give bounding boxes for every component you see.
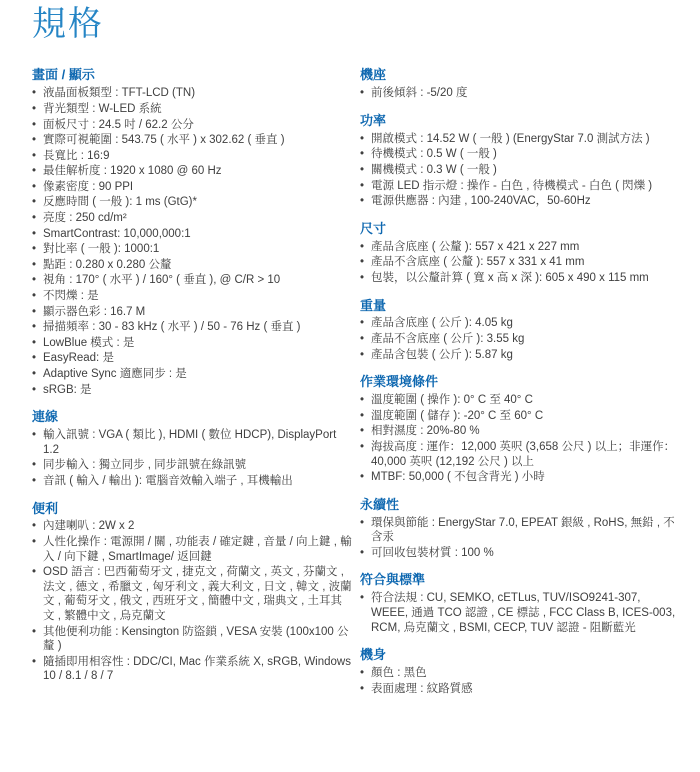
spec-section: 重量•產品含底座 ( 公斤 ): 4.05 kg•產品不含底座 ( 公斤 ): … (360, 299, 680, 363)
spec-item: •產品不含底座 ( 公釐 ): 557 x 331 x 41 mm (360, 255, 680, 270)
spec-item-text: 表面處理 : 紋路質感 (371, 683, 473, 695)
spec-item: •對比率 ( 一般 ): 1000:1 (32, 242, 352, 257)
bullet-icon: • (360, 240, 364, 255)
spec-list: •開啟模式 : 14.52 W ( 一般 ) (EnergyStar 7.0 測… (360, 132, 680, 209)
bullet-icon: • (360, 147, 364, 162)
spec-item: •點距 : 0.280 x 0.280 公釐 (32, 258, 352, 273)
spec-item-text: 點距 : 0.280 x 0.280 公釐 (43, 259, 171, 271)
spec-item-text: 產品含底座 ( 公釐 ): 557 x 421 x 227 mm (371, 241, 579, 253)
spec-section: 符合與標準•符合法規 : CU, SEMKO, cETLus, TUV/ISO9… (360, 573, 680, 635)
bullet-icon: • (32, 351, 36, 366)
bullet-icon: • (360, 393, 364, 408)
spec-item-text: 顏色 : 黑色 (371, 667, 427, 679)
spec-item: •可回收包裝材質 : 100 % (360, 546, 680, 561)
bullet-icon: • (32, 519, 36, 534)
spec-item-text: 其他便利功能 : Kensington 防盜鎖 , VESA 安裝 (100x1… (43, 626, 349, 653)
spec-item: •溫度範圍 ( 儲存 ): -20° C 至 60° C (360, 409, 680, 424)
spec-item-text: 產品含底座 ( 公斤 ): 4.05 kg (371, 317, 513, 329)
bullet-icon: • (32, 195, 36, 210)
spec-section: 畫面 / 顯示•液晶面板類型 : TFT-LCD (TN)•背光類型 : W-L… (32, 68, 352, 397)
spec-list: •輸入訊號 : VGA ( 類比 ), HDMI ( 數位 HDCP), Dis… (32, 428, 352, 488)
spec-item: •人性化操作 : 電源開 / 關 , 功能表 / 確定鍵 , 音量 / 向上鍵 … (32, 535, 352, 564)
spec-section: 功率•開啟模式 : 14.52 W ( 一般 ) (EnergyStar 7.0… (360, 114, 680, 209)
left-column: 畫面 / 顯示•液晶面板類型 : TFT-LCD (TN)•背光類型 : W-L… (32, 68, 352, 697)
spec-item-text: 可回收包裝材質 : 100 % (371, 547, 494, 559)
bullet-icon: • (32, 102, 36, 117)
spec-section: 便利•內建喇叭 : 2W x 2•人性化操作 : 電源開 / 關 , 功能表 /… (32, 502, 352, 684)
section-heading: 便利 (32, 502, 352, 517)
bullet-icon: • (32, 655, 36, 670)
spec-item-text: 長寬比 : 16:9 (43, 150, 109, 162)
spec-item: •OSD 語言 : 巴西葡萄牙文 , 捷克文 , 荷蘭文 , 英文 , 芬蘭文 … (32, 565, 352, 623)
spec-item: •視角 : 170° ( 水平 ) / 160° ( 垂直 ), @ C/R >… (32, 273, 352, 288)
spec-item-text: 待機模式 : 0.5 W ( 一般 ) (371, 148, 497, 160)
bullet-icon: • (32, 289, 36, 304)
bullet-icon: • (32, 211, 36, 226)
spec-item-text: 海拔高度 : 運作：12,000 英呎 (3,658 公尺 ) 以上；非運作：4… (371, 441, 675, 468)
spec-item: •長寬比 : 16:9 (32, 149, 352, 164)
spec-item-text: 音訊 ( 輸入 / 輸出 ): 電腦音效輸入端子 , 耳機輸出 (43, 475, 293, 487)
spec-item-text: 背光類型 : W-LED 系統 (43, 103, 162, 115)
spec-item-text: 實際可視範圍 : 543.75 ( 水平 ) x 302.62 ( 垂直 ) (43, 134, 285, 146)
spec-list: •產品含底座 ( 公斤 ): 4.05 kg•產品不含底座 ( 公斤 ): 3.… (360, 316, 680, 362)
bullet-icon: • (360, 255, 364, 270)
spec-item-text: 輸入訊號 : VGA ( 類比 ), HDMI ( 數位 HDCP), Disp… (43, 429, 336, 456)
bullet-icon: • (32, 336, 36, 351)
bullet-icon: • (32, 625, 36, 640)
spec-list: •符合法規 : CU, SEMKO, cETLus, TUV/ISO9241-3… (360, 591, 680, 635)
spec-item: •液晶面板類型 : TFT-LCD (TN) (32, 86, 352, 101)
section-heading: 機身 (360, 648, 680, 663)
bullet-icon: • (360, 163, 364, 178)
spec-item-text: 面板尺寸 : 24.5 吋 / 62.2 公分 (43, 119, 194, 131)
bullet-icon: • (32, 86, 36, 101)
section-heading: 作業環境條件 (360, 375, 680, 390)
spec-item: •像素密度 : 90 PPI (32, 180, 352, 195)
spec-section: 機座•前後傾斜 : -5/20 度 (360, 68, 680, 101)
spec-item-text: 內建喇叭 : 2W x 2 (43, 520, 134, 532)
spec-item-text: 掃描頻率 : 30 - 83 kHz ( 水平 ) / 50 - 76 Hz (… (43, 321, 301, 333)
bullet-icon: • (32, 258, 36, 273)
section-heading: 連線 (32, 410, 352, 425)
spec-item-text: Adaptive Sync 適應同步 : 是 (43, 368, 187, 380)
spec-item-text: 最佳解析度 : 1920 x 1080 @ 60 Hz (43, 165, 222, 177)
spec-page: 規格 畫面 / 顯示•液晶面板類型 : TFT-LCD (TN)•背光類型 : … (0, 0, 700, 772)
bullet-icon: • (360, 470, 364, 485)
spec-item: •電源供應器 : 內建 , 100-240VAC，50-60Hz (360, 194, 680, 209)
spec-item: •隨插即用相容性 : DDC/CI, Mac 作業系統 X, sRGB, Win… (32, 655, 352, 684)
section-heading: 功率 (360, 114, 680, 129)
bullet-icon: • (32, 242, 36, 257)
spec-item-text: 隨插即用相容性 : DDC/CI, Mac 作業系統 X, sRGB, Wind… (43, 656, 351, 683)
bullet-icon: • (360, 316, 364, 331)
spec-item: •溫度範圍 ( 操作 ): 0° C 至 40° C (360, 393, 680, 408)
spec-columns: 畫面 / 顯示•液晶面板類型 : TFT-LCD (TN)•背光類型 : W-L… (32, 68, 680, 709)
spec-item: •內建喇叭 : 2W x 2 (32, 519, 352, 534)
spec-item-text: 溫度範圍 ( 儲存 ): -20° C 至 60° C (371, 410, 543, 422)
spec-item: •反應時間 ( 一般 ): 1 ms (GtG)* (32, 195, 352, 210)
bullet-icon: • (32, 535, 36, 550)
spec-item-text: 液晶面板類型 : TFT-LCD (TN) (43, 87, 195, 99)
spec-item: •亮度 : 250 cd/m² (32, 211, 352, 226)
spec-item: •產品含包裝 ( 公斤 ): 5.87 kg (360, 348, 680, 363)
spec-item: •產品含底座 ( 公斤 ): 4.05 kg (360, 316, 680, 331)
bullet-icon: • (32, 428, 36, 443)
spec-item: •產品含底座 ( 公釐 ): 557 x 421 x 227 mm (360, 240, 680, 255)
spec-item: •Adaptive Sync 適應同步 : 是 (32, 367, 352, 382)
spec-item: •SmartContrast: 10,000,000:1 (32, 227, 352, 242)
spec-item-text: 相對濕度 : 20%-80 % (371, 425, 480, 437)
section-heading: 永續性 (360, 498, 680, 513)
bullet-icon: • (32, 320, 36, 335)
bullet-icon: • (32, 383, 36, 398)
bullet-icon: • (360, 666, 364, 681)
spec-section: 連線•輸入訊號 : VGA ( 類比 ), HDMI ( 數位 HDCP), D… (32, 410, 352, 488)
section-heading: 尺寸 (360, 222, 680, 237)
spec-item-text: 產品不含底座 ( 公釐 ): 557 x 331 x 41 mm (371, 256, 584, 268)
bullet-icon: • (32, 565, 36, 580)
spec-item: •sRGB: 是 (32, 383, 352, 398)
bullet-icon: • (360, 332, 364, 347)
bullet-icon: • (32, 367, 36, 382)
spec-item: •關機模式 : 0.3 W ( 一般 ) (360, 163, 680, 178)
bullet-icon: • (360, 348, 364, 363)
spec-item: •實際可視範圍 : 543.75 ( 水平 ) x 302.62 ( 垂直 ) (32, 133, 352, 148)
spec-item-text: 不閃爍 : 是 (43, 290, 99, 302)
spec-section: 永續性•環保與節能 : EnergyStar 7.0, EPEAT 銀級 , R… (360, 498, 680, 561)
spec-item: •最佳解析度 : 1920 x 1080 @ 60 Hz (32, 164, 352, 179)
bullet-icon: • (32, 133, 36, 148)
spec-item: •掃描頻率 : 30 - 83 kHz ( 水平 ) / 50 - 76 Hz … (32, 320, 352, 335)
bullet-icon: • (360, 591, 364, 606)
spec-item: •包裝，以公釐計算 ( 寬 x 高 x 深 ): 605 x 490 x 115… (360, 271, 680, 286)
bullet-icon: • (32, 458, 36, 473)
spec-item-text: OSD 語言 : 巴西葡萄牙文 , 捷克文 , 荷蘭文 , 英文 , 芬蘭文 ,… (43, 566, 352, 622)
spec-item: •其他便利功能 : Kensington 防盜鎖 , VESA 安裝 (100x… (32, 625, 352, 654)
spec-list: •內建喇叭 : 2W x 2•人性化操作 : 電源開 / 關 , 功能表 / 確… (32, 519, 352, 684)
spec-item-text: SmartContrast: 10,000,000:1 (43, 228, 191, 240)
spec-item-text: 電源供應器 : 內建 , 100-240VAC，50-60Hz (371, 195, 591, 207)
spec-section: 作業環境條件•溫度範圍 ( 操作 ): 0° C 至 40° C•溫度範圍 ( … (360, 375, 680, 485)
spec-item-text: 開啟模式 : 14.52 W ( 一般 ) (EnergyStar 7.0 測試… (371, 133, 650, 145)
bullet-icon: • (32, 149, 36, 164)
spec-list: •液晶面板類型 : TFT-LCD (TN)•背光類型 : W-LED 系統•面… (32, 86, 352, 397)
spec-item: •前後傾斜 : -5/20 度 (360, 86, 680, 101)
bullet-icon: • (360, 132, 364, 147)
spec-item-text: sRGB: 是 (43, 384, 92, 396)
bullet-icon: • (32, 474, 36, 489)
spec-item-text: 同步輸入 : 獨立同步 , 同步訊號在綠訊號 (43, 459, 246, 471)
spec-item: •輸入訊號 : VGA ( 類比 ), HDMI ( 數位 HDCP), Dis… (32, 428, 352, 457)
spec-list: •前後傾斜 : -5/20 度 (360, 86, 680, 101)
spec-item-text: EasyRead: 是 (43, 352, 114, 364)
bullet-icon: • (360, 179, 364, 194)
spec-item: •產品不含底座 ( 公斤 ): 3.55 kg (360, 332, 680, 347)
bullet-icon: • (32, 273, 36, 288)
bullet-icon: • (360, 440, 364, 455)
spec-item: •不閃爍 : 是 (32, 289, 352, 304)
spec-item-text: 產品不含底座 ( 公斤 ): 3.55 kg (371, 333, 524, 345)
spec-item-text: 前後傾斜 : -5/20 度 (371, 87, 468, 99)
spec-item: •LowBlue 模式 : 是 (32, 336, 352, 351)
bullet-icon: • (360, 546, 364, 561)
spec-list: •產品含底座 ( 公釐 ): 557 x 421 x 227 mm•產品不含底座… (360, 240, 680, 286)
spec-item-text: 對比率 ( 一般 ): 1000:1 (43, 243, 159, 255)
bullet-icon: • (360, 194, 364, 209)
bullet-icon: • (32, 305, 36, 320)
spec-item: •面板尺寸 : 24.5 吋 / 62.2 公分 (32, 118, 352, 133)
right-column: 機座•前後傾斜 : -5/20 度功率•開啟模式 : 14.52 W ( 一般 … (360, 68, 680, 709)
section-heading: 機座 (360, 68, 680, 83)
spec-item: •MTBF: 50,000 ( 不包含背光 ) 小時 (360, 470, 680, 485)
bullet-icon: • (360, 424, 364, 439)
spec-item: •音訊 ( 輸入 / 輸出 ): 電腦音效輸入端子 , 耳機輸出 (32, 474, 352, 489)
spec-item-text: 像素密度 : 90 PPI (43, 181, 133, 193)
spec-list: •環保與節能 : EnergyStar 7.0, EPEAT 銀級 , RoHS… (360, 516, 680, 561)
spec-item-text: 產品含包裝 ( 公斤 ): 5.87 kg (371, 349, 513, 361)
spec-item: •顯示器色彩 : 16.7 M (32, 305, 352, 320)
bullet-icon: • (32, 118, 36, 133)
spec-item-text: MTBF: 50,000 ( 不包含背光 ) 小時 (371, 471, 545, 483)
spec-item: •電源 LED 指示燈 : 操作 - 白色 , 待機模式 - 白色 ( 閃爍 ) (360, 179, 680, 194)
section-heading: 畫面 / 顯示 (32, 68, 352, 83)
spec-item-text: 亮度 : 250 cd/m² (43, 212, 127, 224)
spec-item: •待機模式 : 0.5 W ( 一般 ) (360, 147, 680, 162)
spec-section: 機身•顏色 : 黑色•表面處理 : 紋路質感 (360, 648, 680, 696)
spec-item-text: 視角 : 170° ( 水平 ) / 160° ( 垂直 ), @ C/R > … (43, 274, 280, 286)
bullet-icon: • (32, 164, 36, 179)
spec-item-text: 人性化操作 : 電源開 / 關 , 功能表 / 確定鍵 , 音量 / 向上鍵 ,… (43, 536, 352, 563)
spec-item-text: 顯示器色彩 : 16.7 M (43, 306, 145, 318)
spec-item-text: 環保與節能 : EnergyStar 7.0, EPEAT 銀級 , RoHS,… (371, 517, 675, 544)
spec-list: •顏色 : 黑色•表面處理 : 紋路質感 (360, 666, 680, 696)
spec-item-text: 電源 LED 指示燈 : 操作 - 白色 , 待機模式 - 白色 ( 閃爍 ) (371, 180, 652, 192)
spec-item: •海拔高度 : 運作：12,000 英呎 (3,658 公尺 ) 以上；非運作：… (360, 440, 680, 469)
spec-list: •溫度範圍 ( 操作 ): 0° C 至 40° C•溫度範圍 ( 儲存 ): … (360, 393, 680, 485)
section-heading: 符合與標準 (360, 573, 680, 588)
bullet-icon: • (360, 86, 364, 101)
spec-item: •EasyRead: 是 (32, 351, 352, 366)
spec-item: •表面處理 : 紋路質感 (360, 682, 680, 697)
bullet-icon: • (32, 180, 36, 195)
spec-item: •符合法規 : CU, SEMKO, cETLus, TUV/ISO9241-3… (360, 591, 680, 635)
bullet-icon: • (360, 271, 364, 286)
spec-item: •相對濕度 : 20%-80 % (360, 424, 680, 439)
spec-item-text: 關機模式 : 0.3 W ( 一般 ) (371, 164, 497, 176)
spec-item: •顏色 : 黑色 (360, 666, 680, 681)
spec-item-text: 符合法規 : CU, SEMKO, cETLus, TUV/ISO9241-30… (371, 592, 675, 633)
bullet-icon: • (360, 409, 364, 424)
spec-item-text: 溫度範圍 ( 操作 ): 0° C 至 40° C (371, 394, 533, 406)
spec-item: •開啟模式 : 14.52 W ( 一般 ) (EnergyStar 7.0 測… (360, 132, 680, 147)
bullet-icon: • (360, 682, 364, 697)
spec-item: •同步輸入 : 獨立同步 , 同步訊號在綠訊號 (32, 458, 352, 473)
spec-section: 尺寸•產品含底座 ( 公釐 ): 557 x 421 x 227 mm•產品不含… (360, 222, 680, 286)
spec-item-text: 包裝，以公釐計算 ( 寬 x 高 x 深 ): 605 x 490 x 115 … (371, 272, 649, 284)
page-title: 規格 (32, 6, 680, 43)
spec-item-text: 反應時間 ( 一般 ): 1 ms (GtG)* (43, 196, 197, 208)
spec-item: •環保與節能 : EnergyStar 7.0, EPEAT 銀級 , RoHS… (360, 516, 680, 545)
bullet-icon: • (360, 516, 364, 531)
bullet-icon: • (32, 227, 36, 242)
section-heading: 重量 (360, 299, 680, 314)
spec-item-text: LowBlue 模式 : 是 (43, 337, 134, 349)
spec-item: •背光類型 : W-LED 系統 (32, 102, 352, 117)
